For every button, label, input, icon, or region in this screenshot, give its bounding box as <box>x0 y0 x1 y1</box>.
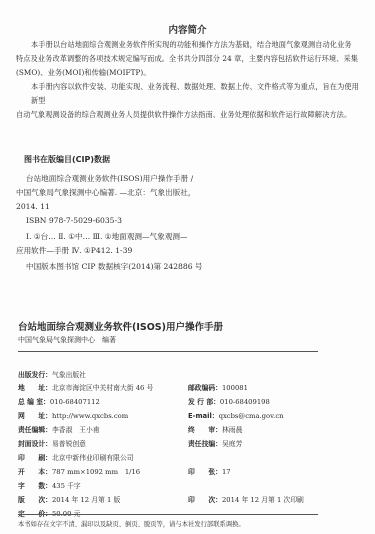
info-cover-design: 封面设计：易普锐创意 <box>18 438 86 448</box>
intro-paragraph: 本手册以台站地面综合观测业务软件所实现的功能和操作方法为基础，结合地面气象观测自… <box>16 38 361 122</box>
intro-title: 内容简介 <box>0 22 375 36</box>
cip-line: 中国气象局气象探测中心编著. —北京：气象出版社， <box>16 186 195 199</box>
cip-line: 中国版本图书馆 CIP 数据核字(2014)第 242886 号 <box>26 260 203 273</box>
intro-line: 本手册以台站地面综合观测业务软件所实现的功能和操作方法为基础，结合地面气象观测自… <box>16 38 361 52</box>
cip-line: 应用软件—手册 Ⅳ. ①P412. 1-39 <box>16 244 132 257</box>
info-price: 定 价：50.00 元 <box>18 508 80 518</box>
info-tech-editor: 责任技编：吴庭芳 <box>188 438 242 448</box>
divider <box>18 514 318 515</box>
info-address: 地 址：北京市海淀区中关村南大街 46 号 <box>18 382 153 392</box>
info-postcode: 邮政编码：100081 <box>188 382 248 392</box>
info-sheets: 印 张：17 <box>188 466 231 476</box>
info-website: 网 址：http://www.qxcbs.com <box>18 410 128 420</box>
intro-line: 自动气象观测设备的综合观测业务人员提供软件操作方法指南、业务处理依据和软件运行故… <box>16 108 361 122</box>
info-editorial-office: 总 编 室：010-68407112 <box>18 396 100 406</box>
divider <box>18 351 318 352</box>
cip-title: 图书在版编目(CIP)数据 <box>24 154 110 165</box>
book-author: 中国气象局气象探测中心 编著 <box>18 335 116 345</box>
info-editor: 责任编辑：李香淑 王小甫 <box>18 424 100 434</box>
intro-line: (SMO)、业务(MOI)和传输(MOIFTP)。 <box>16 66 361 80</box>
cip-line: Ⅰ. ①台… Ⅱ. ①中… Ⅲ. ①地面观测—气象观测— <box>26 230 188 243</box>
info-edition: 版 次：2014 年 12 月第 1 版 <box>18 494 120 504</box>
info-email: E-mail：qxcbs@cma.gov.cn <box>188 410 284 420</box>
footnote: 本书如存在文字不清、漏印以及缺页、倒页、脱页等，请与本社发行部联系调换。 <box>18 519 245 528</box>
info-final-review: 终 审：林雨晨 <box>188 424 242 434</box>
cip-line: 2014. 11 <box>16 200 50 213</box>
info-distribution: 发 行 部：010-68409198 <box>188 396 270 406</box>
info-publisher: 出版发行：气象出版社 <box>18 369 86 379</box>
intro-line: 本手册内容以软件安装、功能实现、业务流程、数据处理、数据上传、文件格式等为重点，… <box>16 80 361 108</box>
info-word-count: 字 数：435 千字 <box>18 480 81 490</box>
book-title: 台站地面综合观测业务软件(ISOS)用户操作手册 <box>18 319 223 333</box>
info-format: 开 本：787 mm×1092 mm 1/16 <box>18 466 140 476</box>
cip-line: 台站地面综合观测业务软件(ISOS)用户操作手册 / <box>26 172 193 185</box>
intro-line: 特点及业务改革调整的各项技术规定编写而成。全书共分四部分 24 章，主要内容包括… <box>16 52 361 66</box>
info-printer: 印 刷：北京中新伟业印刷有限公司 <box>18 452 134 462</box>
info-printing: 印 次：2014 年 12 月第 1 次印刷 <box>188 494 304 504</box>
cip-line: ISBN 978-7-5029-6035-3 <box>26 214 122 227</box>
